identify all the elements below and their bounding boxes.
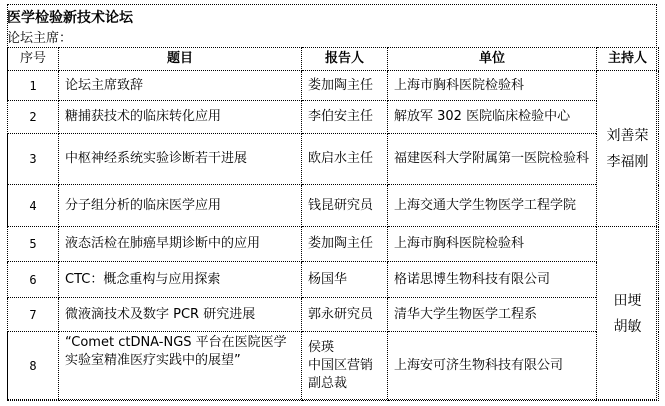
row-topic: 糖捕获技术的临床转化应用 (59, 101, 302, 134)
header-no: 序号 (8, 48, 59, 71)
host-name: 胡敏 (601, 314, 654, 340)
row-topic: CTC：概念重构与应用探索 (59, 262, 302, 298)
row-speaker: 李伯安主任 (302, 101, 388, 134)
table-row: 6 CTC：概念重构与应用探索 杨国华 格诺思博生物科技有限公司 (8, 262, 659, 298)
speaker-line: 中国区营销 (308, 357, 381, 375)
row-speaker: 杨国华 (302, 262, 388, 298)
host-cell-1: 刘善荣 李福刚 (597, 71, 659, 227)
row-affiliation: 上海市胸科医院检验科 (388, 71, 597, 101)
row-affiliation: 解放军 302 医院临床检验中心 (388, 101, 597, 134)
table-row: 1 论坛主席致辞 娄加陶主任 上海市胸科医院检验科 刘善荣 李福刚 (8, 71, 659, 101)
row-topic: 微液滴技术及数字 PCR 研究进展 (59, 298, 302, 332)
table-row: 8 “Comet ctDNA-NGS 平台在医院医学实验室精准医疗实践中的展望”… (8, 332, 659, 401)
forum-chair-label: 论坛主席： (7, 27, 72, 46)
speaker-line: 副总裁 (308, 375, 381, 393)
row-affiliation: 上海安可济生物科技有限公司 (388, 332, 597, 401)
header-speaker: 报告人 (302, 48, 388, 71)
table-row: 4 分子组分析的临床医学应用 钱昆研究员 上海交通大学生物医学工程学院 (8, 185, 659, 227)
row-speaker: 郭永研究员 (302, 298, 388, 332)
row-topic: “Comet ctDNA-NGS 平台在医院医学实验室精准医疗实践中的展望” (59, 332, 302, 401)
row-speaker: 侯瑛 中国区营销 副总裁 (302, 332, 388, 401)
row-affiliation: 格诺思博生物科技有限公司 (388, 262, 597, 298)
host-name: 刘善荣 (601, 123, 654, 149)
row-speaker: 娄加陶主任 (302, 71, 388, 101)
row-topic: 液态活检在肺癌早期诊断中的应用 (59, 227, 302, 262)
speaker-line: 侯瑛 (308, 339, 381, 357)
table-row: 7 微液滴技术及数字 PCR 研究进展 郭永研究员 清华大学生物医学工程系 (8, 298, 659, 332)
forum-title: 医学检验新技术论坛 (7, 7, 133, 27)
table-row: 2 糖捕获技术的临床转化应用 李伯安主任 解放军 302 医院临床检验中心 (8, 101, 659, 134)
row-topic: 分子组分析的临床医学应用 (59, 185, 302, 227)
schedule-table: 序号 题目 报告人 单位 主持人 1 论坛主席致辞 娄加陶主任 上海市胸科医院检… (7, 47, 659, 401)
row-no: 4 (8, 185, 59, 227)
host-name: 李福刚 (601, 149, 654, 175)
table-row: 5 液态活检在肺癌早期诊断中的应用 娄加陶主任 上海市胸科医院检验科 田埂 胡敏 (8, 227, 659, 262)
row-affiliation: 上海市胸科医院检验科 (388, 227, 597, 262)
row-no: 1 (8, 71, 59, 101)
table-header-row: 序号 题目 报告人 单位 主持人 (8, 48, 659, 71)
row-no: 8 (8, 332, 59, 401)
row-affiliation: 清华大学生物医学工程系 (388, 298, 597, 332)
row-speaker: 欧启水主任 (302, 134, 388, 185)
row-affiliation: 上海交通大学生物医学工程学院 (388, 185, 597, 227)
row-speaker: 娄加陶主任 (302, 227, 388, 262)
header-affiliation: 单位 (388, 48, 597, 71)
header-host: 主持人 (597, 48, 659, 71)
host-name: 田埂 (601, 288, 654, 314)
row-no: 7 (8, 298, 59, 332)
row-no: 3 (8, 134, 59, 185)
header-topic: 题目 (59, 48, 302, 71)
row-speaker: 钱昆研究员 (302, 185, 388, 227)
row-topic: 中枢神经系统实验诊断若干进展 (59, 134, 302, 185)
row-no: 5 (8, 227, 59, 262)
row-no: 6 (8, 262, 59, 298)
table-row: 3 中枢神经系统实验诊断若干进展 欧启水主任 福建医科大学附属第一医院检验科 (8, 134, 659, 185)
host-cell-2: 田埂 胡敏 (597, 227, 659, 401)
row-no: 2 (8, 101, 59, 134)
row-topic: 论坛主席致辞 (59, 71, 302, 101)
row-affiliation: 福建医科大学附属第一医院检验科 (388, 134, 597, 185)
